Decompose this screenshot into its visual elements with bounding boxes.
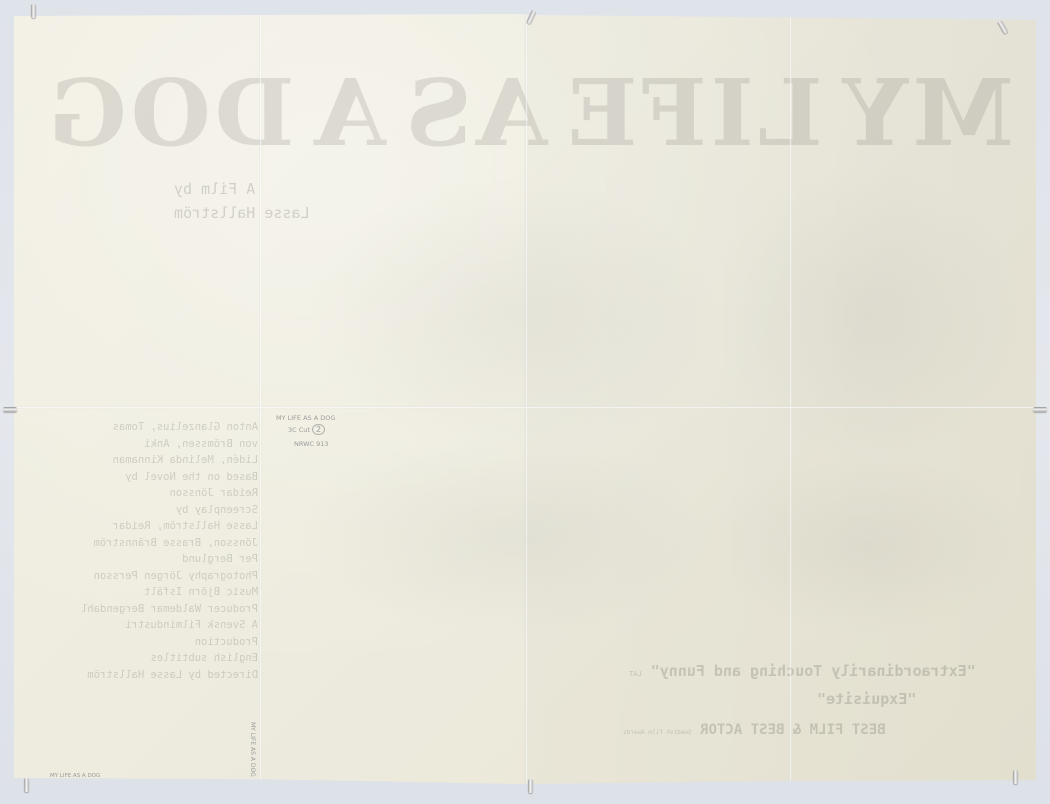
pin-bottom-center bbox=[528, 779, 533, 793]
title-word-dog: DOG bbox=[44, 59, 295, 167]
title-word-my: MY bbox=[838, 59, 1014, 167]
title-word-a: A bbox=[310, 59, 385, 167]
poster-reverse-side: MY LIFE AS A DOG A Film by Lasse Hallstr… bbox=[14, 14, 1036, 784]
pencil-circled-number: 2 bbox=[312, 424, 325, 435]
title-word-life: LIFE bbox=[563, 59, 822, 167]
artwork-ghost-bottom-left bbox=[294, 434, 714, 634]
pencil-note-title: MY LIFE AS A DOG bbox=[276, 414, 335, 422]
credit-line: von Brömssen, Anki bbox=[38, 436, 258, 453]
fold-line-vertical-center bbox=[525, 14, 528, 784]
credit-line: Producer Waldemar Bergendahl bbox=[38, 601, 258, 618]
film-by-label: A Film by bbox=[174, 177, 309, 201]
fold-line-vertical-left bbox=[259, 14, 262, 784]
quote-1-text: "Extraordinarily Touching and Funny" bbox=[651, 662, 976, 680]
credit-line: Reidar Jönsson bbox=[38, 485, 258, 502]
quote-1-show-through: "Extraordinarily Touching and Funny" LAT bbox=[629, 662, 976, 680]
artwork-ghost-bottom-right bbox=[714, 454, 1024, 634]
pin-bottom-right bbox=[1013, 770, 1018, 784]
pencil-note-cut: 3C Cut 2 bbox=[288, 424, 325, 435]
pin-bottom-left bbox=[24, 778, 29, 792]
quote-2-show-through: "Exquisite" bbox=[817, 690, 916, 708]
artwork-ghost-top bbox=[304, 174, 724, 454]
credit-line: Directed by Lasse Hallström bbox=[38, 667, 258, 684]
quote-2-text: "Exquisite" bbox=[817, 690, 916, 708]
pin-top-left bbox=[31, 4, 36, 18]
film-by-show-through: A Film by Lasse Hallström bbox=[174, 177, 309, 225]
credit-line: Lasse Hallström, Reidar bbox=[38, 518, 258, 535]
credit-line: Per Berglund bbox=[38, 551, 258, 568]
award-show-through: BEST FILM & BEST ACTOR Swedish Film Awar… bbox=[623, 722, 886, 738]
pin-middle-left bbox=[3, 407, 17, 412]
credit-line: Screenplay by bbox=[38, 502, 258, 519]
pencil-note-code: NRWC 913 bbox=[294, 440, 329, 448]
title-show-through: MY LIFE AS A DOG bbox=[44, 58, 1014, 168]
quote-1-source: LAT bbox=[629, 670, 642, 678]
pencil-note-vertical: MY LIFE AS A DOG bbox=[249, 722, 256, 777]
credit-line: English subtitles bbox=[38, 650, 258, 667]
credits-show-through: Anton Glanzelius, Tomas von Brömssen, An… bbox=[38, 419, 258, 683]
pencil-note-cut-text: 3C Cut bbox=[288, 426, 310, 434]
credit-line: Photography Jörgen Persson bbox=[38, 568, 258, 585]
pin-middle-right bbox=[1033, 407, 1047, 412]
fold-line-vertical-right bbox=[789, 14, 792, 784]
award-text: BEST FILM & BEST ACTOR bbox=[701, 722, 886, 738]
credit-line: Production bbox=[38, 634, 258, 651]
award-source: Swedish Film Awards bbox=[623, 729, 692, 736]
fold-line-horizontal bbox=[14, 406, 1036, 409]
credit-line: Based on the Novel by bbox=[38, 469, 258, 486]
credit-line: Lidén, Melinda Kinnaman bbox=[38, 452, 258, 469]
pencil-note-bottom-left: MY LIFE AS A DOG bbox=[50, 773, 100, 779]
director-name: Lasse Hallström bbox=[174, 201, 309, 225]
credit-line: Jönsson, Brasse Brännström bbox=[38, 535, 258, 552]
credit-line: Anton Glanzelius, Tomas bbox=[38, 419, 258, 436]
artwork-ghost-right bbox=[714, 164, 1024, 464]
credit-line: Music Björn Isfält bbox=[38, 584, 258, 601]
credit-line: A Svensk Filmindustri bbox=[38, 617, 258, 634]
